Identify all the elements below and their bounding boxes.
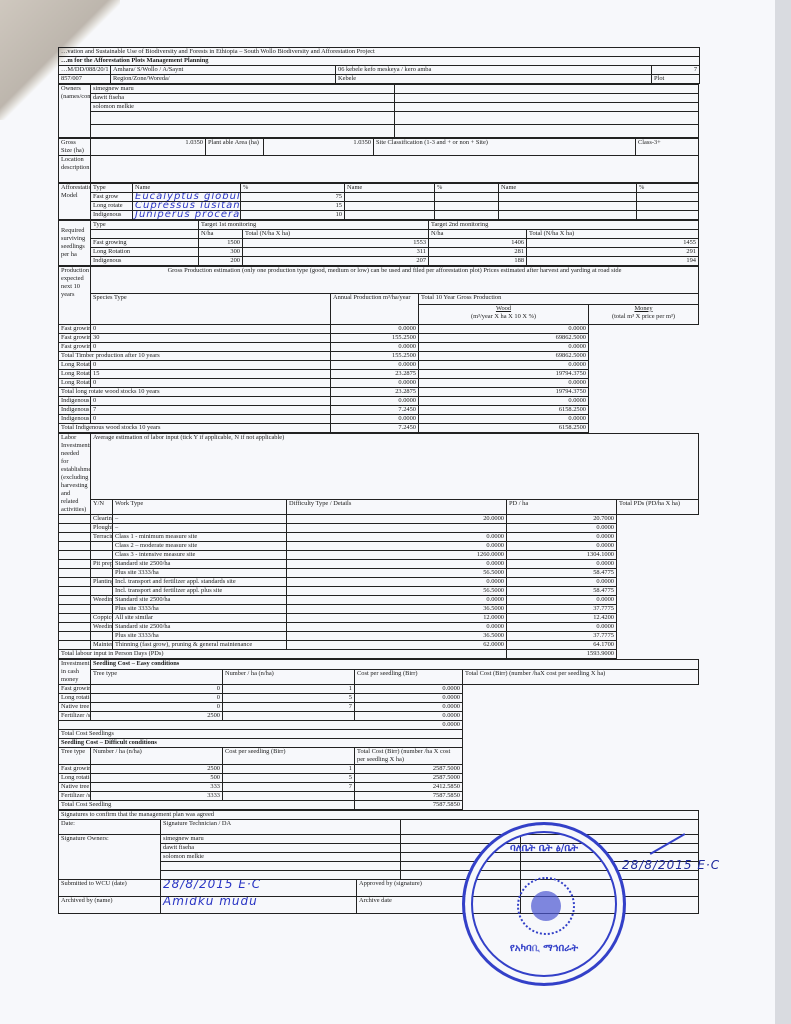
labor-total-value: 1593.9000 [507, 650, 617, 659]
number-ha-header: Number / ha (n/ha) [91, 748, 223, 765]
nha-header: N/ha [429, 230, 527, 239]
wood-value: 0.0000 [331, 397, 419, 406]
production-total-label: Total long rotate wood stocks 10 years [59, 388, 331, 397]
pd-per-ha: 0.0000 [287, 578, 507, 587]
yn-checkbox[interactable] [59, 632, 91, 641]
submitted-label: Submitted to WCU (date) [59, 880, 161, 897]
table-row: Native tree070.0000 [59, 703, 699, 712]
seedlings-table: Required surviving seedlings per ha Type… [58, 220, 699, 266]
money-value: 19794.3750 [419, 370, 589, 379]
table-row: Native tree33372412.5850 [59, 783, 699, 792]
plantable-area-label: Plant able Area (ha) [206, 139, 264, 156]
t2: 291 [527, 248, 699, 257]
table-row: Indigenous trees (low)00.00000.0000 [59, 415, 699, 424]
table-row: Weeding year 2-5Standard site 2500/ha0.0… [59, 623, 699, 632]
table-row: Indigenous trees (good)00.00000.0000 [59, 397, 699, 406]
yn-checkbox[interactable] [59, 524, 91, 533]
work-type: Terracing, Water harvesting [91, 533, 113, 542]
yn-checkbox[interactable] [59, 515, 91, 524]
n1: 300 [199, 248, 243, 257]
cost-per-seedling: 5 [223, 774, 355, 783]
yn-checkbox[interactable] [59, 551, 91, 560]
species-type: Long rotate [91, 202, 133, 211]
table-row: Indigenous trees (medium)77.24506158.250… [59, 406, 699, 415]
production-species: Long Rotation (medium) [59, 370, 91, 379]
species-percent: 15 [241, 202, 345, 211]
production-total-label: Total Timber production after 10 years [59, 352, 331, 361]
wood-header: Wood [496, 305, 511, 312]
difficulty-header: Difficulty Type / Details [287, 500, 507, 515]
total-pds: 0.0000 [507, 596, 617, 605]
owner-name: dawit fiseha [91, 94, 395, 103]
wood-value: 0.0000 [331, 361, 419, 370]
location-value [91, 156, 699, 183]
col-header: Type [91, 184, 133, 193]
pd-per-ha: 1260.0000 [287, 551, 507, 560]
table-row: Fast growing (good)00.00000.0000 [59, 325, 699, 334]
yn-checkbox[interactable] [59, 578, 91, 587]
pd-per-ha: 56.5000 [287, 569, 507, 578]
easy-total-value: 0.0000 [59, 721, 463, 730]
annual-production: 0 [91, 397, 331, 406]
pd-per-ha: 56.5000 [287, 587, 507, 596]
archived-by-name: Amidku mudu [161, 897, 357, 914]
wood-value: 23.2875 [331, 388, 419, 397]
kebele-value: 06 kebele kefo meskeya / kero amba [336, 66, 652, 75]
cost-per-seedling: 1 [223, 765, 355, 774]
money-value: 19794.3750 [419, 388, 589, 397]
yn-checkbox[interactable] [59, 560, 91, 569]
table-row: Class 3 - intensive measure site1260.000… [59, 551, 699, 560]
owner-signature: solomon melkie [161, 853, 401, 862]
total-pds: 58.4775 [507, 587, 617, 596]
project-title: …vation and Sustainable Use of Biodivers… [59, 48, 700, 57]
site-classification-label: Site Classification (1-3 and + or non + … [374, 139, 636, 156]
table-row: Total Timber production after 10 years15… [59, 352, 699, 361]
table-row: Fast growing 1500 1553 1406 1455 [59, 239, 699, 248]
col-header: % [241, 184, 345, 193]
pd-per-ha: 0.0000 [287, 533, 507, 542]
number-per-ha: 500 [91, 774, 223, 783]
tree-type: Fast growing [59, 765, 91, 774]
tree-type: Native tree [59, 783, 91, 792]
region-label: Region/Zone/Woreda/ [111, 75, 336, 84]
total-pds-header: Total PDs (PD/ha X ha) [617, 500, 699, 515]
wood-formula: (m³/year X ha X 10 X %) [471, 313, 536, 320]
ref-code-2: 857/007 [59, 75, 111, 84]
seedling-type: Fast growing [91, 239, 199, 248]
wood-value: 0.0000 [331, 415, 419, 424]
total-pds: 37.7775 [507, 605, 617, 614]
species-name: Juniperus procera [133, 211, 241, 220]
owner-name: solomon melkie [91, 103, 395, 112]
table-row: MaintenanceThinning (fast grow), pruning… [59, 641, 699, 650]
wood-value: 7.2450 [331, 424, 419, 433]
t1: 311 [243, 248, 429, 257]
table-row: Fertilizer /seedling25000.0000 [59, 712, 699, 721]
pd-ha-header: PD / ha [507, 500, 617, 515]
type-header: Type [91, 221, 199, 230]
stamp-emblem-icon [517, 877, 575, 935]
total-production-header: Total 10 Year Gross Production [419, 294, 699, 305]
table-row: Ploughing–0.0000 [59, 524, 699, 533]
species-type: Fast grow [91, 193, 133, 202]
ref-code: …M/DD/088/20/1 [59, 66, 111, 75]
work-type: Weeding year 2-5 [91, 623, 113, 632]
table-row: Weeding year 1Standard site 2500/ha0.000… [59, 596, 699, 605]
number-per-ha: 0 [91, 694, 223, 703]
labor-intro: Average estimation of labor input (tick … [91, 434, 699, 500]
table-row: Total long rotate wood stocks 10 years23… [59, 388, 699, 397]
fertilizer-label: Fertilizer /seedling [59, 792, 91, 801]
fertilizer-total: 7587.5850 [355, 792, 463, 801]
production-species: Long Rotation (good) [59, 361, 91, 370]
tree-type: Long rotation [59, 694, 91, 703]
table-row: Fast growing010.0000 [59, 685, 699, 694]
annual-production: 0 [91, 361, 331, 370]
cost-seedling-header: Cost per seedling (Birr) [355, 670, 463, 685]
cost-per-seedling: 5 [223, 694, 355, 703]
money-value: 0.0000 [419, 325, 589, 334]
total-cost: 0.0000 [355, 694, 463, 703]
cost-per-seedling: 7 [223, 703, 355, 712]
n2: 188 [429, 257, 527, 266]
difficult-total-label: Total Cost Seedling [59, 801, 355, 810]
col-header: Name [133, 184, 241, 193]
form-title: …m for the Afforestation Plots Managemen… [59, 57, 700, 66]
difficulty-detail: – [113, 515, 287, 524]
table-row: PlantingIncl. transport and fertilizer a… [59, 578, 699, 587]
species-type-header: Species Type [91, 294, 331, 325]
t2: 1455 [527, 239, 699, 248]
table-row: Plus site 3333/ha36.500037.7775 [59, 632, 699, 641]
yn-checkbox[interactable] [59, 596, 91, 605]
pd-per-ha: 12.0000 [287, 614, 507, 623]
owners-label: Owners (names/contacts) [59, 85, 91, 138]
money-header: Money [634, 305, 652, 312]
date-label: Date: [59, 820, 161, 835]
production-species: Long Rotation (low) [59, 379, 91, 388]
number-per-ha: 0 [91, 685, 223, 694]
production-table: Production expected next 10 years Gross … [58, 266, 699, 433]
total-pds: 0.0000 [507, 533, 617, 542]
money-value: 0.0000 [419, 361, 589, 370]
tree-type-header: Tree type [59, 748, 91, 765]
afforestation-model-label: Afforestation Model [59, 184, 91, 220]
col-header: % [637, 184, 699, 193]
investment-table: Investment in cash money Seedling Cost –… [58, 659, 699, 810]
difficulty-detail: Standard site 2500/ha [113, 560, 287, 569]
management-plan-form: …vation and Sustainable Use of Biodivers… [58, 47, 699, 914]
difficulty-detail: Standard site 2500/ha [113, 623, 287, 632]
total-pds: 0.0000 [507, 560, 617, 569]
total-pds: 1304.1000 [507, 551, 617, 560]
total-pds: 20.7000 [507, 515, 617, 524]
target2-header: Target 2nd monitoring [429, 221, 699, 230]
wood-value: 23.2875 [331, 370, 419, 379]
difficulty-detail: Plus site 3333/ha [113, 632, 287, 641]
species-name: Eucalyptus globulese [133, 193, 241, 202]
afforestation-model-table: Afforestation Model Type Name % Name % N… [58, 183, 699, 220]
owner-name: simegnew maru [91, 85, 395, 94]
pd-per-ha: 20.0000 [287, 515, 507, 524]
submitted-date: 28/8/2015 E·C [161, 880, 357, 897]
table-row: Fertilizer /seedling 3333 7587.5850 [59, 792, 699, 801]
gross-size-label: Gross Size (ha) [59, 139, 91, 156]
difficulty-detail: Incl. transport and fertilizer appl. plu… [113, 587, 287, 596]
table-row: Long Rotation (medium)1523.287519794.375… [59, 370, 699, 379]
site-classification-value: Class-3+ [636, 139, 699, 156]
table-row: Long Rotation (low)00.00000.0000 [59, 379, 699, 388]
cost-per-seedling: 7 [223, 783, 355, 792]
table-row: Long rotation50052587.5000 [59, 774, 699, 783]
species-percent: 75 [241, 193, 345, 202]
total-cost-header: Total Cost (Birr) (number /haX cost per … [463, 670, 699, 685]
annual-production: 7 [91, 406, 331, 415]
wood-value: 0.0000 [331, 325, 419, 334]
technician-label: Signature Technician / DA [161, 820, 401, 835]
number-per-ha: 2500 [91, 765, 223, 774]
table-row: Pit preparationStandard site 2500/ha0.00… [59, 560, 699, 569]
tree-type: Fertilizer /seedling [59, 712, 91, 721]
table-row: Long rotate Cupressus lusitanica 15 [59, 202, 699, 211]
col-header: Name [499, 184, 637, 193]
stamp-top-text: ባለቤት ቤት ፅ/ቤት [465, 843, 623, 854]
n1: 200 [199, 257, 243, 266]
owner-signature: simegnew maru [161, 835, 401, 844]
table-row: Fast growing250012587.5000 [59, 765, 699, 774]
yn-checkbox[interactable] [59, 641, 91, 650]
t2: 194 [527, 257, 699, 266]
difficulty-detail: Incl. transport and fertilizer appl. sta… [113, 578, 287, 587]
table-row: Fast growing (low)00.00000.0000 [59, 343, 699, 352]
number-per-ha: 2500 [91, 712, 223, 721]
plot-label: Plot [652, 75, 700, 84]
pd-per-ha: 0.0000 [287, 596, 507, 605]
number-ha-header: Number / ha (n/ha) [223, 670, 355, 685]
table-row: Incl. transport and fertilizer appl. plu… [59, 587, 699, 596]
annual-production: 15 [91, 370, 331, 379]
work-type: Weeding year 1 [91, 596, 113, 605]
work-type-header: Work Type [113, 500, 287, 515]
difficulty-detail: All site similar [113, 614, 287, 623]
investment-label: Investment in cash money [59, 660, 91, 685]
tree-type-header: Tree type [91, 670, 223, 685]
work-type [91, 542, 113, 551]
money-value: 0.0000 [419, 415, 589, 424]
pd-per-ha [287, 524, 507, 533]
table-row: Total Indigenous wood stocks 10 years7.2… [59, 424, 699, 433]
yn-checkbox[interactable] [59, 533, 91, 542]
work-type [91, 605, 113, 614]
difficulty-detail: Class 1 - minimum measure site [113, 533, 287, 542]
difficulty-detail: Class 2 – moderate measure site [113, 542, 287, 551]
owner-signature: dawit fiseha [161, 844, 401, 853]
easy-title: Seedling Cost – Easy conditions [91, 660, 699, 670]
work-type [91, 632, 113, 641]
wood-value: 0.0000 [331, 343, 419, 352]
tree-type: Long rotation [59, 774, 91, 783]
t1: 207 [243, 257, 429, 266]
species-type: Indigenous [91, 211, 133, 220]
number-per-ha: 333 [91, 783, 223, 792]
t1: 1553 [243, 239, 429, 248]
money-value: 0.0000 [419, 379, 589, 388]
stamp-bottom-text: የአካባቢ ማኅበራት [465, 943, 623, 954]
total-cost: 2587.5000 [355, 765, 463, 774]
total-pds: 37.7775 [507, 632, 617, 641]
production-total-label: Total Indigenous wood stocks 10 years [59, 424, 331, 433]
seedling-type: Indigenous [91, 257, 199, 266]
labor-table: Labor Investments needed for establishme… [58, 433, 699, 659]
difficulty-detail: – [113, 524, 287, 533]
nha-header: N/ha [199, 230, 243, 239]
total-pds: 58.4775 [507, 569, 617, 578]
total-cost: 2587.5000 [355, 774, 463, 783]
annual-production: 0 [91, 325, 331, 334]
table-row: Clearing–20.000020.7000 [59, 515, 699, 524]
money-formula: (total m³ X price per m³) [612, 313, 675, 320]
number-per-ha: 0 [91, 703, 223, 712]
labor-label: Labor Investments needed for establishme… [59, 434, 91, 515]
work-type [91, 551, 113, 560]
difficulty-detail: Plus site 3333/ha [113, 605, 287, 614]
species-name: Cupressus lusitanica [133, 202, 241, 211]
archived-by-label: Archived by (name) [59, 897, 161, 914]
cost-per-seedling [223, 712, 355, 721]
production-label: Production expected next 10 years [59, 267, 91, 325]
production-species: Indigenous trees (good) [59, 397, 91, 406]
work-type [91, 569, 113, 578]
total-pds: 0.0000 [507, 578, 617, 587]
plot-value: 7 [652, 66, 700, 75]
work-type: Clearing [91, 515, 113, 524]
annual-production: 0 [91, 379, 331, 388]
yn-checkbox[interactable] [59, 605, 91, 614]
yn-checkbox[interactable] [59, 542, 91, 551]
signatures-title: Signatures to confirm that the managemen… [59, 811, 699, 820]
table-row: Plus site 3333/ha56.500058.4775 [59, 569, 699, 578]
work-type [91, 587, 113, 596]
work-type: Coppice management [91, 614, 113, 623]
labor-total-label: Total labour input in Person Days (PDs) [59, 650, 507, 659]
owners-signature-label: Signature Owners: [59, 835, 161, 880]
difficulty-detail: Plus site 3333/ha [113, 569, 287, 578]
n1: 1500 [199, 239, 243, 248]
money-value: 6158.2500 [419, 424, 589, 433]
money-value: 69862.5000 [419, 352, 589, 361]
production-note: Gross Production estimation (only one pr… [91, 267, 699, 294]
table-row: Terracing, Water harvestingClass 1 - min… [59, 533, 699, 542]
pd-per-ha: 0.0000 [287, 623, 507, 632]
yn-checkbox[interactable] [59, 587, 91, 596]
yn-checkbox[interactable] [59, 623, 91, 632]
table-row: Indigenous Juniperus procera 10 [59, 211, 699, 220]
yn-checkbox[interactable] [59, 614, 91, 623]
total-pds: 0.0000 [507, 542, 617, 551]
page-edge [775, 0, 791, 1024]
table-row: Coppice managementAll site similar12.000… [59, 614, 699, 623]
total-pds: 64.1700 [507, 641, 617, 650]
n2: 281 [429, 248, 527, 257]
annual-production-header: Annual Production m³/ha/year [331, 294, 419, 325]
pd-per-ha: 36.5000 [287, 605, 507, 614]
pd-per-ha: 0.0000 [287, 560, 507, 569]
money-value: 0.0000 [419, 397, 589, 406]
difficult-total-value: 7587.5850 [355, 801, 463, 810]
gross-size-value: 1.0350 [91, 139, 206, 156]
header-table: …vation and Sustainable Use of Biodivers… [58, 47, 700, 84]
pd-per-ha: 36.5000 [287, 632, 507, 641]
region-value: Amhara/ S/Wollo / A/Saynt [111, 66, 336, 75]
n2: 1406 [429, 239, 527, 248]
work-type: Pit preparation [91, 560, 113, 569]
col-header: % [435, 184, 499, 193]
money-value: 0.0000 [419, 343, 589, 352]
owners-table: Owners (names/contacts) simegnew maru da… [58, 84, 699, 138]
total-cost: 0.0000 [355, 712, 463, 721]
total-cost: 2412.5850 [355, 783, 463, 792]
production-species: Indigenous trees (medium) [59, 406, 91, 415]
table-row: Plus site 3333/ha36.500037.7775 [59, 605, 699, 614]
money-value: 69862.5000 [419, 334, 589, 343]
total-cost: 0.0000 [355, 703, 463, 712]
site-table: Gross Size (ha) 1.0350 Plant able Area (… [58, 138, 699, 183]
tree-type: Fast growing [59, 685, 91, 694]
wood-value: 155.2500 [331, 334, 419, 343]
pd-per-ha: 0.0000 [287, 542, 507, 551]
table-row: Fast grow Eucalyptus globulese 75 [59, 193, 699, 202]
table-row: 0.0000 [59, 721, 699, 730]
plantable-area-value: 1.0350 [264, 139, 374, 156]
total-header: Total (N/ha X ha) [243, 230, 429, 239]
table-row: Class 2 – moderate measure site0.00000.0… [59, 542, 699, 551]
archive-date-handwritten: 28/8/2015 E·C [622, 858, 720, 872]
difficulty-detail: Thinning (fast grow), pruning & general … [113, 641, 287, 650]
total-cost-header: Total Cost (Birr) (number /ha X cost per… [355, 748, 463, 765]
yn-header: Y/N [91, 500, 113, 515]
production-species: Indigenous trees (low) [59, 415, 91, 424]
seedling-type: Long Rotation [91, 248, 199, 257]
fertilizer-number: 3333 [91, 792, 223, 801]
total-pds: 0.0000 [507, 524, 617, 533]
cost-per-seedling: 1 [223, 685, 355, 694]
pd-per-ha: 62.0000 [287, 641, 507, 650]
difficulty-detail: Standard site 2500/ha [113, 596, 287, 605]
wood-value: 0.0000 [331, 379, 419, 388]
production-species: Fast growing (medium) [59, 334, 91, 343]
kebele-label: Kebele [336, 75, 652, 84]
difficulty-detail: Class 3 - intensive measure site [113, 551, 287, 560]
table-row: Indigenous 200 207 188 194 [59, 257, 699, 266]
total-cost: 0.0000 [355, 685, 463, 694]
cost-seedling-header: Cost per seedling (Birr) [223, 748, 355, 765]
yn-checkbox[interactable] [59, 569, 91, 578]
target1-header: Target 1st monitoring [199, 221, 429, 230]
location-label: Location description [59, 156, 91, 183]
table-row: Long Rotation 300 311 281 291 [59, 248, 699, 257]
money-value: 6158.2500 [419, 406, 589, 415]
table-row: Long rotation050.0000 [59, 694, 699, 703]
table-row: Long Rotation (good)00.00000.0000 [59, 361, 699, 370]
wood-value: 155.2500 [331, 352, 419, 361]
official-stamp: ባለቤት ቤት ፅ/ቤት የአካባቢ ማኅበራት [462, 822, 626, 986]
annual-production: 0 [91, 343, 331, 352]
annual-production: 0 [91, 415, 331, 424]
tree-type: Native tree [59, 703, 91, 712]
production-species: Fast growing (low) [59, 343, 91, 352]
work-type: Planting [91, 578, 113, 587]
